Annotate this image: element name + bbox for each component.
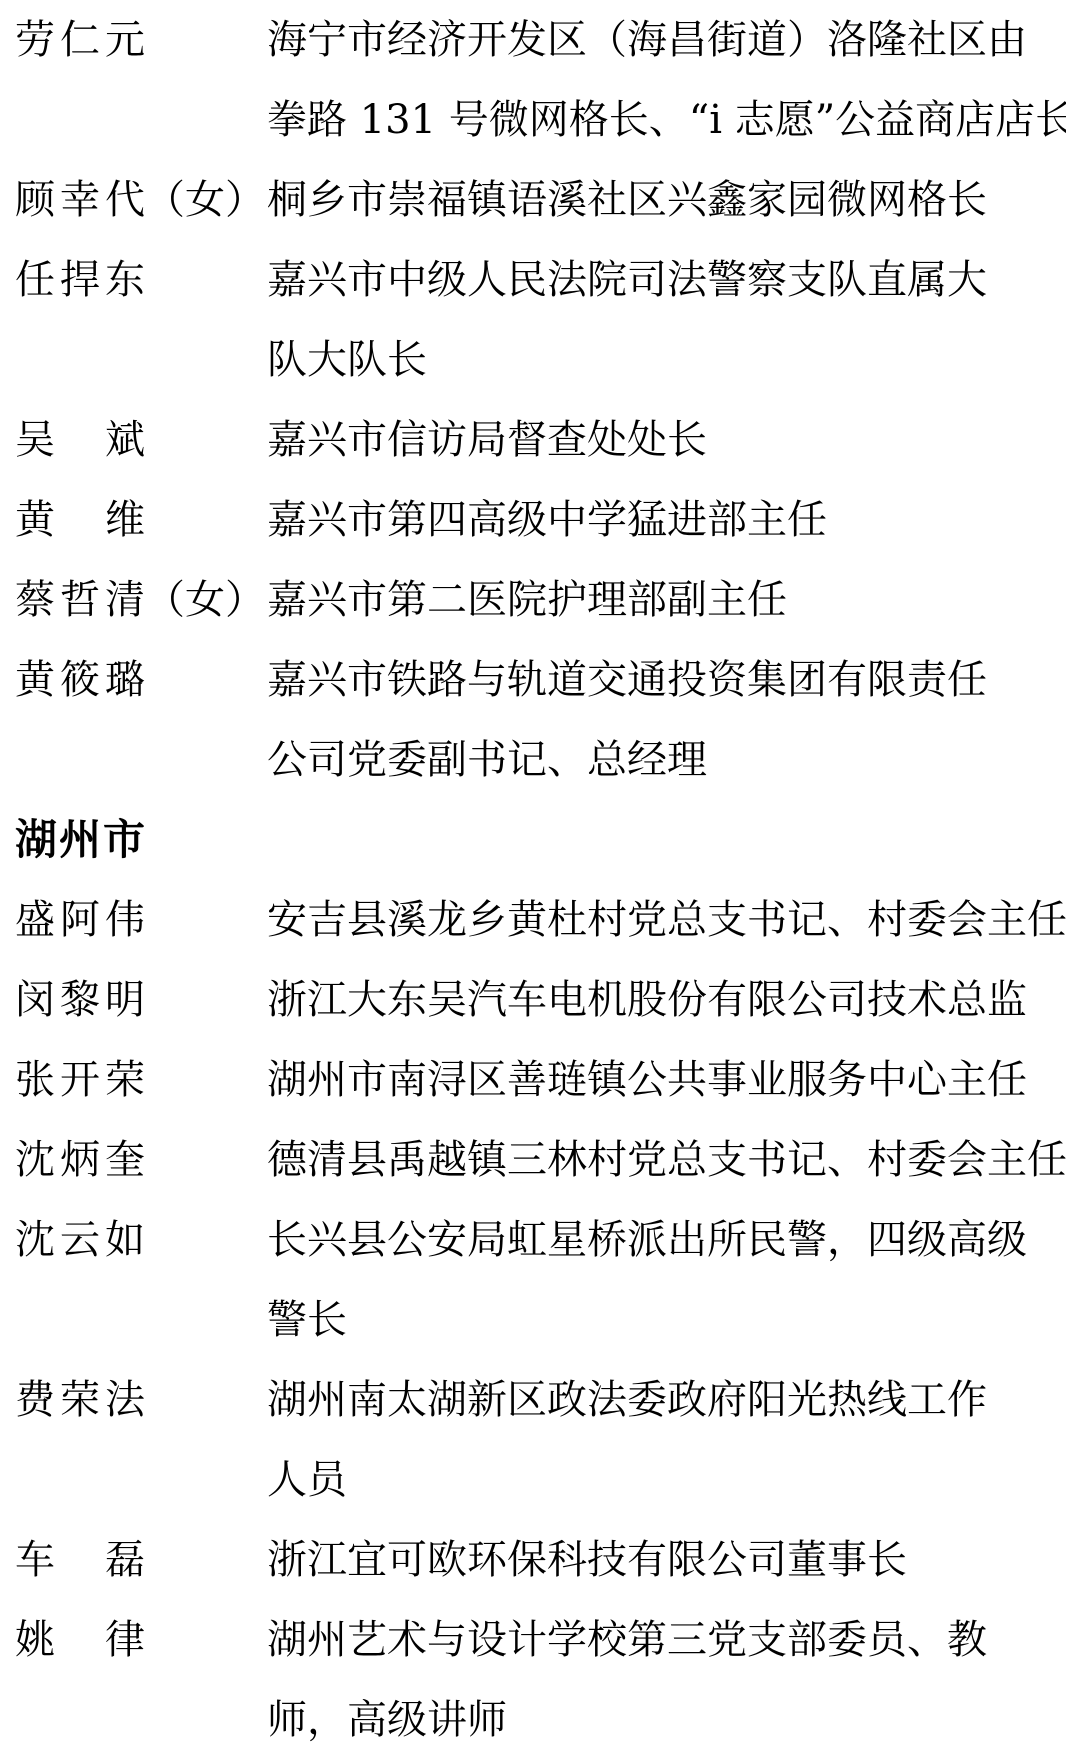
title-line: 浙江大东吴汽车电机股份有限公司技术总监 bbox=[267, 960, 1066, 1040]
person-title: 长兴县公安局虹星桥派出所民警，四级高级警长 bbox=[267, 1200, 1066, 1360]
title-line: 德清县禹越镇三林村党总支书记、村委会主任 bbox=[267, 1120, 1066, 1200]
person-name: 沈云如 bbox=[15, 1200, 145, 1280]
title-line: 桐乡市崇福镇语溪社区兴鑫家园微网格长 bbox=[267, 160, 1066, 240]
person-name-cell: 任捍东 bbox=[15, 240, 267, 320]
title-line: 湖州艺术与设计学校第三党支部委员、教 bbox=[267, 1600, 1066, 1680]
person-name-cell: 黄维 bbox=[15, 480, 267, 560]
person-entry: 黄维 嘉兴市第四高级中学猛进部主任 bbox=[15, 480, 1066, 560]
person-title: 浙江大东吴汽车电机股份有限公司技术总监 bbox=[267, 960, 1066, 1040]
person-name: 闵黎明 bbox=[15, 960, 145, 1040]
person-entry: 车磊 浙江宜可欧环保科技有限公司董事长 bbox=[15, 1520, 1066, 1600]
person-title: 桐乡市崇福镇语溪社区兴鑫家园微网格长 bbox=[267, 160, 1066, 240]
person-entry: 劳仁元 海宁市经济开发区（海昌街道）洛隆社区由拳路 131 号微网格长、“i 志… bbox=[15, 0, 1066, 160]
person-name-cell: 吴斌 bbox=[15, 400, 267, 480]
person-name: 蔡哲清 bbox=[15, 560, 145, 640]
title-line: 嘉兴市信访局督查处处长 bbox=[267, 400, 1066, 480]
person-title: 湖州市南浔区善琏镇公共事业服务中心主任 bbox=[267, 1040, 1066, 1120]
person-title: 湖州南太湖新区政法委政府阳光热线工作人员 bbox=[267, 1360, 1066, 1520]
city-header: 湖州市 bbox=[15, 800, 1066, 880]
city-section: 劳仁元 海宁市经济开发区（海昌街道）洛隆社区由拳路 131 号微网格长、“i 志… bbox=[15, 0, 1066, 800]
city-section: 湖州市 盛阿伟 安吉县溪龙乡黄杜村党总支书记、村委会主任 闵黎明 浙江大东吴汽车… bbox=[15, 800, 1066, 1760]
person-name: 姚律 bbox=[15, 1600, 145, 1680]
person-title: 安吉县溪龙乡黄杜村党总支书记、村委会主任 bbox=[267, 880, 1066, 960]
title-line: 浙江宜可欧环保科技有限公司董事长 bbox=[267, 1520, 1066, 1600]
person-title: 嘉兴市第二医院护理部副主任 bbox=[267, 560, 1066, 640]
person-name: 吴斌 bbox=[15, 400, 145, 480]
title-line: 公司党委副书记、总经理 bbox=[267, 720, 1066, 800]
person-name: 顾幸代 bbox=[15, 160, 145, 240]
person-entry: 顾幸代（女） 桐乡市崇福镇语溪社区兴鑫家园微网格长 bbox=[15, 160, 1066, 240]
title-line: 嘉兴市铁路与轨道交通投资集团有限责任 bbox=[267, 640, 1066, 720]
person-entry: 沈炳奎 德清县禹越镇三林村党总支书记、村委会主任 bbox=[15, 1120, 1066, 1200]
title-line: 湖州市南浔区善琏镇公共事业服务中心主任 bbox=[267, 1040, 1066, 1120]
person-name-cell: 费荣法 bbox=[15, 1360, 267, 1440]
person-entry: 盛阿伟 安吉县溪龙乡黄杜村党总支书记、村委会主任 bbox=[15, 880, 1066, 960]
person-entry: 沈云如 长兴县公安局虹星桥派出所民警，四级高级警长 bbox=[15, 1200, 1066, 1360]
person-name-cell: 车磊 bbox=[15, 1520, 267, 1600]
person-name-cell: 张开荣 bbox=[15, 1040, 267, 1120]
person-entry: 蔡哲清（女） 嘉兴市第二医院护理部副主任 bbox=[15, 560, 1066, 640]
person-name-cell: 沈炳奎 bbox=[15, 1120, 267, 1200]
person-entry: 任捍东 嘉兴市中级人民法院司法警察支队直属大队大队长 bbox=[15, 240, 1066, 400]
person-title: 嘉兴市第四高级中学猛进部主任 bbox=[267, 480, 1066, 560]
person-title: 嘉兴市中级人民法院司法警察支队直属大队大队长 bbox=[267, 240, 1066, 400]
person-title: 浙江宜可欧环保科技有限公司董事长 bbox=[267, 1520, 1066, 1600]
person-entry: 闵黎明 浙江大东吴汽车电机股份有限公司技术总监 bbox=[15, 960, 1066, 1040]
person-name-cell: 顾幸代（女） bbox=[15, 160, 267, 240]
person-name-cell: 蔡哲清（女） bbox=[15, 560, 267, 640]
person-name-cell: 闵黎明 bbox=[15, 960, 267, 1040]
person-title: 嘉兴市铁路与轨道交通投资集团有限责任公司党委副书记、总经理 bbox=[267, 640, 1066, 800]
person-entry: 吴斌 嘉兴市信访局督查处处长 bbox=[15, 400, 1066, 480]
entry-list: 劳仁元 海宁市经济开发区（海昌街道）洛隆社区由拳路 131 号微网格长、“i 志… bbox=[15, 0, 1066, 800]
title-line: 嘉兴市第四高级中学猛进部主任 bbox=[267, 480, 1066, 560]
person-entry: 张开荣 湖州市南浔区善琏镇公共事业服务中心主任 bbox=[15, 1040, 1066, 1120]
person-name: 费荣法 bbox=[15, 1360, 145, 1440]
person-name-cell: 盛阿伟 bbox=[15, 880, 267, 960]
person-name-cell: 劳仁元 bbox=[15, 0, 267, 80]
person-entry: 黄筱璐 嘉兴市铁路与轨道交通投资集团有限责任公司党委副书记、总经理 bbox=[15, 640, 1066, 800]
title-line: 队大队长 bbox=[267, 320, 1066, 400]
person-name: 任捍东 bbox=[15, 240, 145, 320]
title-line: 海宁市经济开发区（海昌街道）洛隆社区由 bbox=[267, 0, 1066, 80]
title-line: 湖州南太湖新区政法委政府阳光热线工作 bbox=[267, 1360, 1066, 1440]
title-line: 安吉县溪龙乡黄杜村党总支书记、村委会主任 bbox=[267, 880, 1066, 960]
person-entry: 费荣法 湖州南太湖新区政法委政府阳光热线工作人员 bbox=[15, 1360, 1066, 1520]
person-name-cell: 姚律 bbox=[15, 1600, 267, 1680]
document-page: 劳仁元 海宁市经济开发区（海昌街道）洛隆社区由拳路 131 号微网格长、“i 志… bbox=[0, 0, 1066, 1764]
gender-suffix: （女） bbox=[145, 577, 265, 623]
person-title: 德清县禹越镇三林村党总支书记、村委会主任 bbox=[267, 1120, 1066, 1200]
title-line: 嘉兴市中级人民法院司法警察支队直属大 bbox=[267, 240, 1066, 320]
person-name: 沈炳奎 bbox=[15, 1120, 145, 1200]
title-line: 拳路 131 号微网格长、“i 志愿”公益商店店长 bbox=[267, 80, 1066, 160]
title-line: 长兴县公安局虹星桥派出所民警，四级高级 bbox=[267, 1200, 1066, 1280]
person-entry: 姚律 湖州艺术与设计学校第三党支部委员、教师，高级讲师 bbox=[15, 1600, 1066, 1760]
gender-suffix: （女） bbox=[145, 177, 265, 223]
person-name-cell: 黄筱璐 bbox=[15, 640, 267, 720]
title-line: 警长 bbox=[267, 1280, 1066, 1360]
person-name: 劳仁元 bbox=[15, 0, 145, 80]
person-name-cell: 沈云如 bbox=[15, 1200, 267, 1280]
title-line: 人员 bbox=[267, 1440, 1066, 1520]
entry-list: 盛阿伟 安吉县溪龙乡黄杜村党总支书记、村委会主任 闵黎明 浙江大东吴汽车电机股份… bbox=[15, 880, 1066, 1760]
title-line: 嘉兴市第二医院护理部副主任 bbox=[267, 560, 1066, 640]
person-title: 海宁市经济开发区（海昌街道）洛隆社区由拳路 131 号微网格长、“i 志愿”公益… bbox=[267, 0, 1066, 160]
person-name: 黄筱璐 bbox=[15, 640, 145, 720]
person-title: 湖州艺术与设计学校第三党支部委员、教师，高级讲师 bbox=[267, 1600, 1066, 1760]
person-name: 盛阿伟 bbox=[15, 880, 145, 960]
title-line: 师，高级讲师 bbox=[267, 1680, 1066, 1760]
person-name: 张开荣 bbox=[15, 1040, 145, 1120]
person-title: 嘉兴市信访局督查处处长 bbox=[267, 400, 1066, 480]
person-name: 车磊 bbox=[15, 1520, 145, 1600]
person-name: 黄维 bbox=[15, 480, 145, 560]
